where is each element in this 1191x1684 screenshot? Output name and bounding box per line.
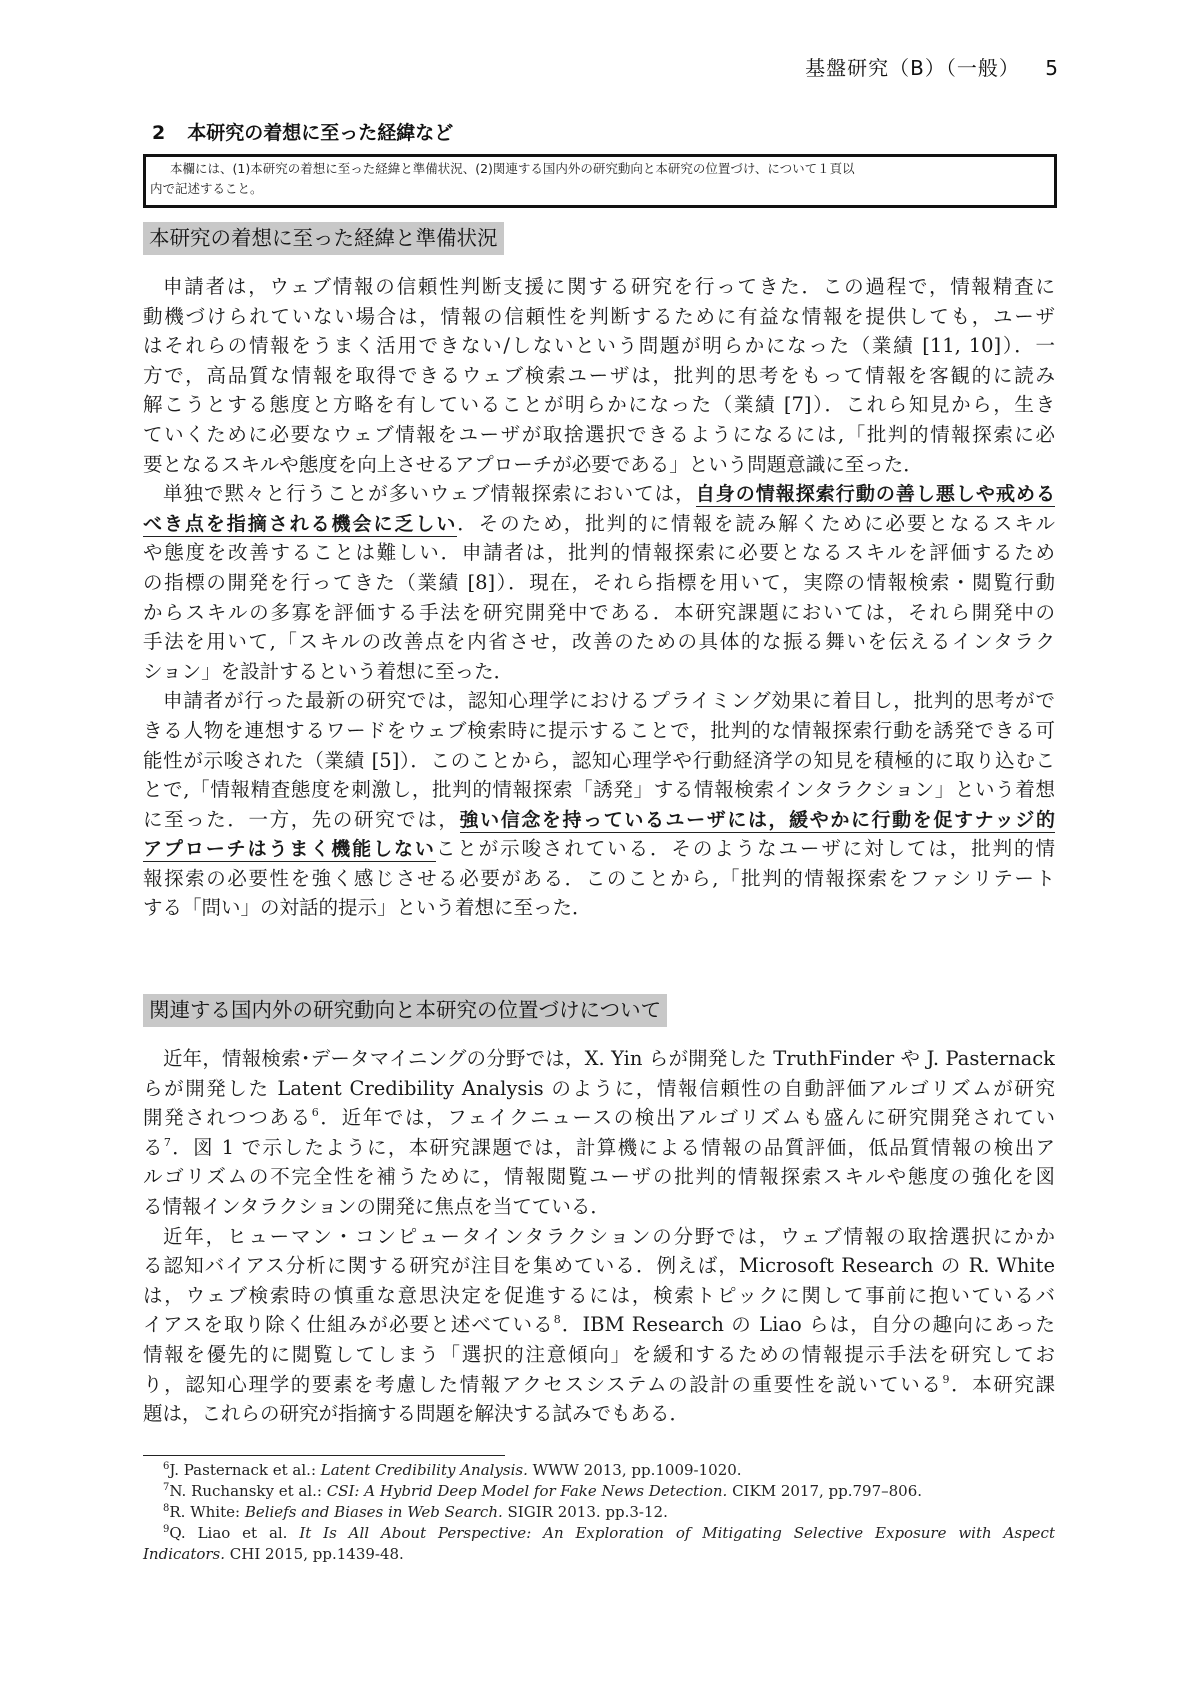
emphasized-text: 強い信念を持っているユーザには，緩やかに行動を促すナッジ的 [460,809,1055,833]
text-line: 申請者は，ウェブ情報の信頼性判断支援に関する研究を行ってきた．この過程で，情報精… [143,272,1055,302]
text-line: ていくために必要なウェブ情報をユーザが取捨選択できるようになるには,「批判的情報… [143,420,1055,450]
text-run: 要となるスキルや態度を向上させるアプローチが必要である」という問題意識に至った． [143,453,923,476]
footnote-authors: R. White: [169,1503,244,1521]
emphasized-text: アプローチはうまく機能しない [143,838,436,862]
footnote-authors: N. Ruchansky et al.: [169,1482,326,1500]
text-run: ．図 1 で示したように，本研究課題では，計算機による情報の品質評価，低品質情報… [171,1136,1055,1159]
text-line: る情報インタラクションの開発に焦点を当てている． [143,1192,1055,1222]
footnote-venue: CHI 2015, pp.1439-48. [225,1545,404,1563]
text-run: り，認知心理学的要素を考慮した情報アクセスシステムの設計の重要性を説いている [143,1373,942,1396]
text-run: 開発されつつある [143,1106,312,1129]
instruction-box: 本欄には、(1)本研究の着想に至った経緯と準備状況、(2)関連する国内外の研究動… [143,154,1057,208]
footnote-title: CSI: A Hybrid Deep Model for Fake News D… [327,1482,728,1500]
footnote-ref: 6 [312,1106,319,1119]
text-run: 情報を優先的に閲覧してしまう「選択的注意傾向」を緩和するための情報提示手法を研究… [143,1343,1055,1366]
text-line: 題は，これらの研究が指摘する問題を解決する試みでもある． [143,1399,1055,1429]
text-run: 申請者は，ウェブ情報の信頼性判断支援に関する研究を行ってきた．この過程で，情報精… [163,275,1055,298]
section-number: 2 [152,122,165,144]
text-line: り，認知心理学的要素を考慮した情報アクセスシステムの設計の重要性を説いている9．… [143,1370,1055,1400]
text-run: 方で，高品質な情報を取得できるウェブ検索ユーザは，批判的思考をもって情報を客観的… [143,364,1055,387]
text-line: る7．図 1 で示したように，本研究課題では，計算機による情報の品質評価，低品質… [143,1133,1055,1163]
text-line: からスキルの多寡を評価する手法を研究開発中である．本研究課題においては，それら開… [143,598,1055,628]
footnotes: 6J. Pasternack et al.: Latent Credibilit… [143,1460,1055,1565]
text-run: に至った．一方，先の研究では， [143,808,460,831]
text-run: の指標の開発を行ってきた（業績 [8]）．現在，それら指標を用いて，実際の情報検… [143,571,1055,594]
text-run: とで,「情報精査態度を刺激し，批判的情報探索「誘発」する情報検索インタラクション… [143,778,1055,801]
page-number: 5 [1045,56,1059,80]
text-run: イアスを取り除く仕組みが必要と述べている [143,1313,554,1336]
text-line: 単独で黙々と行うことが多いウェブ情報探索においては，自身の情報探索行動の善し悪し… [143,479,1055,509]
text-run: らが開発した Latent Credibility Analysis のように，… [143,1077,1055,1100]
text-run: は，ウェブ検索時の慎重な意思決定を促進するには，検索トピックに関して事前に抱いて… [143,1284,1055,1307]
emphasized-text: 自身の情報探索行動の善し悪しや戒める [696,483,1055,507]
footnote-rule [143,1455,505,1456]
text-run: 動機づけられていない場合は，情報の信頼性を判断するために有益な情報を提供しても，… [143,305,1055,328]
section-title-text: 本研究の着想に至った経緯など [187,122,453,144]
footnote-title: Beliefs and Biases in Web Search. [245,1503,503,1521]
text-run: 申請者が行った最新の研究では，認知心理学におけるプライミング効果に着目し，批判的… [163,689,1055,712]
text-run: 解こうとする態度と方略を有していることが明らかになった（業績 [7]）．これら知… [143,393,1055,416]
text-run: る情報インタラクションの開発に焦点を当てている． [143,1195,610,1218]
text-run: 手法を用いて,「スキルの改善点を内省させ，改善のための具体的な振る舞いを伝えるイ… [143,630,1055,653]
text-line: はそれらの情報をうまく活用できない/しないという問題が明らかになった（業績 [1… [143,331,1055,361]
text-line: とで,「情報精査態度を刺激し，批判的情報探索「誘発」する情報検索インタラクション… [143,775,1055,805]
text-run: きる人物を連想するワードをウェブ検索時に提示することで，批判的な情報探索行動を誘… [143,719,1055,742]
footnote-venue: SIGIR 2013. pp.3-12. [503,1503,668,1521]
text-line: は，ウェブ検索時の慎重な意思決定を促進するには，検索トピックに関して事前に抱いて… [143,1281,1055,1311]
subsection-heading: 本研究の着想に至った経緯と準備状況 [149,226,498,250]
text-line: 方で，高品質な情報を取得できるウェブ検索ユーザは，批判的思考をもって情報を客観的… [143,361,1055,391]
header-title: 基盤研究（B）（一般） [805,56,1020,80]
text-line: 手法を用いて,「スキルの改善点を内省させ，改善のための具体的な振る舞いを伝えるイ… [143,627,1055,657]
footnote-authors: J. Pasternack et al.: [169,1461,320,1479]
emphasized-text: べき点を指摘される機会に乏しい [143,513,457,537]
text-line: きる人物を連想するワードをウェブ検索時に提示することで，批判的な情報探索行動を誘… [143,716,1055,746]
footnote-title: Latent Credibility Analysis. [321,1461,528,1479]
text-line: 開発されつつある6．近年では，フェイクニュースの検出アルゴリズムも盛んに研究開発… [143,1103,1055,1133]
subsection-body: 申請者は，ウェブ情報の信頼性判断支援に関する研究を行ってきた．この過程で，情報精… [143,272,1055,923]
footnote-authors: Q. Liao et al. [169,1524,299,1542]
text-run: 能性が示唆された（業績 [5]）．このことから，認知心理学や行動経済学の知見を積… [143,749,1055,772]
text-run: る [143,1136,164,1159]
text-line: べき点を指摘される機会に乏しい．そのため，批判的に情報を読み解くために必要となる… [143,509,1055,539]
text-run: 単独で黙々と行うことが多いウェブ情報探索においては， [163,482,696,505]
text-run: ション」を設計するという着想に至った． [143,660,513,683]
subsection-body: 近年，情報検索･データマイニングの分野では，X. Yin らが開発した Trut… [143,1044,1055,1429]
footnote-venue: WWW 2013, pp.1009-1020. [528,1461,742,1479]
text-line: 要となるスキルや態度を向上させるアプローチが必要である」という問題意識に至った． [143,450,1055,480]
footnote: 8R. White: Beliefs and Biases in Web Sea… [143,1502,1055,1523]
text-line: する「問い」の対話的提示」という着想に至った． [143,893,1055,923]
text-line: 解こうとする態度と方略を有していることが明らかになった（業績 [7]）．これら知… [143,390,1055,420]
text-line: らが開発した Latent Credibility Analysis のように，… [143,1074,1055,1104]
subsection-heading: 関連する国内外の研究動向と本研究の位置づけについて [149,998,661,1022]
footnote: 9Q. Liao et al. It Is All About Perspect… [143,1523,1055,1544]
footnote-ref: 7 [164,1136,171,1149]
footnote-continuation: Indicators. CHI 2015, pp.1439-48. [143,1544,1055,1565]
footnote-title: It Is All About Perspective: An Explorat… [299,1524,1055,1542]
instruction-line: 本欄には、(1)本研究の着想に至った経緯と準備状況、(2)関連する国内外の研究動… [150,159,1054,179]
text-line: 申請者が行った最新の研究では，認知心理学におけるプライミング効果に着目し，批判的… [143,686,1055,716]
text-line: アプローチはうまく機能しないことが示唆されている．そのようなユーザに対しては，批… [143,834,1055,864]
text-line: に至った．一方，先の研究では，強い信念を持っているユーザには，緩やかに行動を促す… [143,805,1055,835]
text-run: する「問い」の対話的提示」という着想に至った． [143,896,592,919]
text-run: ．近年では，フェイクニュースの検出アルゴリズムも盛んに研究開発されてい [319,1106,1055,1129]
text-run: ことが示唆されている．そのようなユーザに対しては，批判的情 [436,837,1055,860]
text-line: る認知バイアス分析に関する研究が注目を集めている．例えば，Microsoft R… [143,1251,1055,1281]
text-line: や態度を改善することは難しい．申請者は，批判的情報探索に必要となるスキルを評価す… [143,538,1055,568]
section-title: 2本研究の着想に至った経緯など [152,118,453,145]
text-run: からスキルの多寡を評価する手法を研究開発中である．本研究課題においては，それら開… [143,601,1055,624]
footnote-ref: 8 [554,1313,561,1326]
text-run: る認知バイアス分析に関する研究が注目を集めている．例えば，Microsoft R… [143,1254,1055,1277]
text-line: 近年，情報検索･データマイニングの分野では，X. Yin らが開発した Trut… [143,1044,1055,1074]
text-line: ション」を設計するという着想に至った． [143,657,1055,687]
text-run: はそれらの情報をうまく活用できない/しないという問題が明らかになった（業績 [1… [143,334,1055,357]
text-run: ていくために必要なウェブ情報をユーザが取捨選択できるようになるには,「批判的情報… [143,423,1055,446]
text-line: 能性が示唆された（業績 [5]）．このことから，認知心理学や行動経済学の知見を積… [143,746,1055,776]
text-line: ルゴリズムの不完全性を補うために，情報閲覧ユーザの批判的情報探索スキルや態度の強… [143,1162,1055,1192]
text-line: イアスを取り除く仕組みが必要と述べている8．IBM Research の Lia… [143,1310,1055,1340]
text-line: 報探索の必要性を強く感じさせる必要がある．このことから,「批判的情報探索をファシ… [143,864,1055,894]
subsection-heading-background: 本研究の着想に至った経緯と準備状況 [143,222,504,255]
footnote: 7N. Ruchansky et al.: CSI: A Hybrid Deep… [143,1481,1055,1502]
text-line: 動機づけられていない場合は，情報の信頼性を判断するために有益な情報を提供しても，… [143,302,1055,332]
subsection-heading-background: 関連する国内外の研究動向と本研究の位置づけについて [143,994,667,1027]
footnote-title: Indicators. [143,1545,225,1563]
text-run: 報探索の必要性を強く感じさせる必要がある．このことから,「批判的情報探索をファシ… [143,867,1055,890]
text-run: 近年，情報検索･データマイニングの分野では，X. Yin らが開発した Trut… [163,1047,1055,1070]
text-run: や態度を改善することは難しい．申請者は，批判的情報探索に必要となるスキルを評価す… [143,541,1055,564]
text-line: 情報を優先的に閲覧してしまう「選択的注意傾向」を緩和するための情報提示手法を研究… [143,1340,1055,1370]
text-run: ．IBM Research の Liao らは，自分の趣向にあった [561,1313,1055,1336]
text-run: ルゴリズムの不完全性を補うために，情報閲覧ユーザの批判的情報探索スキルや態度の強… [143,1165,1055,1188]
text-run: 近年，ヒューマン・コンピュータインタラクションの分野では，ウェブ情報の取捨選択に… [163,1225,1055,1248]
footnote-venue: CIKM 2017, pp.797–806. [727,1482,922,1500]
text-run: 題は，これらの研究が指摘する問題を解決する試みでもある． [143,1402,689,1425]
text-run: ．そのため，批判的に情報を読み解くために必要となるスキル [457,512,1055,535]
footnote: 6J. Pasternack et al.: Latent Credibilit… [143,1460,1055,1481]
text-line: の指標の開発を行ってきた（業績 [8]）．現在，それら指標を用いて，実際の情報検… [143,568,1055,598]
page-header: 基盤研究（B）（一般） 5 [805,52,1059,81]
text-run: ．本研究課 [949,1373,1055,1396]
instruction-line: 内で記述すること。 [150,179,1054,199]
text-line: 近年，ヒューマン・コンピュータインタラクションの分野では，ウェブ情報の取捨選択に… [143,1222,1055,1252]
